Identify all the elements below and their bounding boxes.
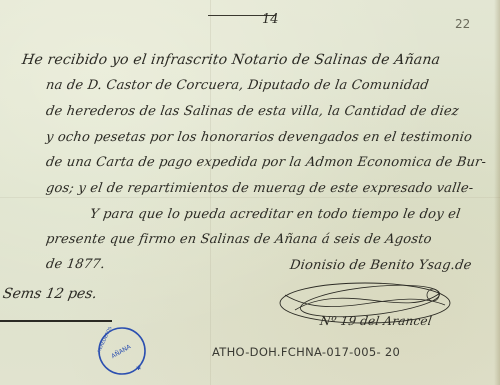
- stamp-outer-text: HEREDEROS · LAS: [96, 327, 119, 354]
- body-line-3: de herederos de las Salinas de esta vill…: [45, 104, 460, 119]
- body-line-6: gos; y el de repartimientos de muerag de…: [45, 181, 474, 196]
- signature-name: Dionisio de Benito Ysag.de: [289, 258, 473, 273]
- stamp-center-text: AÑANA: [110, 343, 133, 360]
- body-line-4: y ocho pesetas por los honorarios deveng…: [45, 130, 473, 145]
- body-line-9: de 1877.: [45, 257, 106, 272]
- archive-reference-code: ATHO-DOH.FCHNA-017-005- 20: [212, 345, 400, 359]
- body-line-2: na de D. Castor de Corcuera, Diputado de…: [45, 78, 430, 93]
- body-line-8: presente que firmo en Salinas de Añana á…: [45, 232, 433, 247]
- archive-stamp: AÑANA HEREDEROS · LAS ✱: [96, 327, 152, 375]
- stamp-star-icon: ✱: [136, 365, 141, 372]
- paper-edge: [494, 0, 500, 385]
- folio-number: 22: [455, 17, 470, 31]
- signature-note: Nº 19 del Arancel: [319, 314, 433, 328]
- body-line-5: de una Carta de pago expedida por la Adm…: [45, 155, 487, 170]
- body-line-7: Y para que lo pueda acreditar en todo ti…: [89, 207, 461, 222]
- fee-underline: [0, 320, 112, 322]
- paper-fold-horizontal: [0, 197, 500, 198]
- body-line-1: He recibido yo el infrascrito Notario de…: [21, 52, 441, 68]
- top-mark: 14: [262, 12, 279, 27]
- fee-note: Sems 12 pes.: [2, 286, 99, 302]
- document-page: 14 22 He recibido yo el infrascrito Nota…: [0, 0, 500, 385]
